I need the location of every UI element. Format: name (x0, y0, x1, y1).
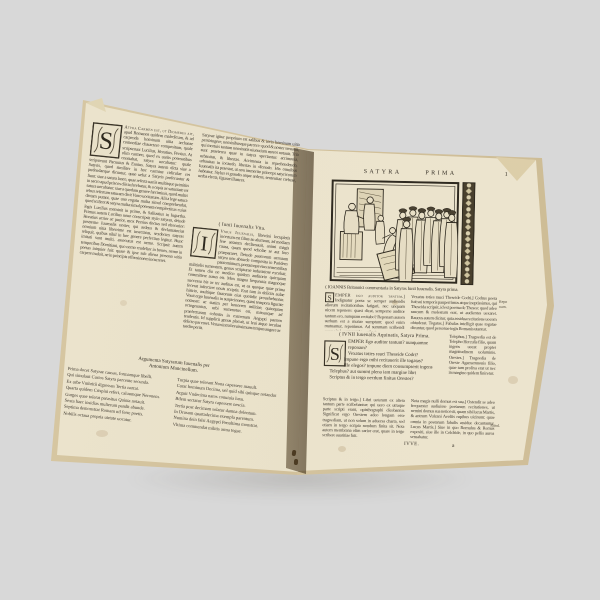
left-page-content: S Atyra Carmen est, ut Diomedes ait, apu… (62, 121, 302, 451)
ornament-border-strip (460, 182, 475, 285)
verse-section: ( IVNII Iuuenalis Aquinatis, Satyra Prim… (323, 331, 444, 397)
photo-of-open-antique-book: S Atyra Carmen est, ut Diomedes ait, apu… (0, 0, 600, 600)
woodcut-row (329, 179, 475, 285)
commentary-top: S EMPER ego auditor tantum.] Indignatur … (324, 292, 497, 334)
verse-line: Scriptus & in tergo necdum finitus Orest… (323, 375, 443, 384)
marginal-note-reponam: Repo nam. (499, 300, 507, 309)
woodcut-illustration (329, 179, 459, 284)
catchword: IVVE. (404, 442, 419, 447)
commentary-top-left-text: Indignatur poeta se semper audiendis ali… (324, 298, 405, 332)
small-initial-s: S (325, 292, 334, 302)
commentary-top-right: Vexatus toties rauci Theseide Codri.] Co… (410, 294, 497, 334)
running-head-satyra: SATYRA (364, 169, 402, 176)
left-column-1: S Atyra Carmen est, ut Diomedes ait, apu… (70, 121, 194, 354)
woodcut-caption: ( IOANNIS Britannici commentaria in Saty… (325, 284, 497, 293)
commentary-bottom: Scriptus & in tergo.] Libri ueterum ex a… (322, 396, 495, 442)
satire-opening-block: ( IVNII Iuuenalis Aquinatis, Satyra Prim… (323, 331, 496, 399)
vita-text-block: I Vnius Iuuenalis, libertini locupletis … (180, 226, 290, 359)
woodcut-initial-i: I (190, 227, 219, 259)
commentary-mid-right: Telephus.] Tragoedia est de Telepho Herc… (448, 334, 496, 399)
commentary-top-left: S EMPER ego auditor tantum.] Indignatur … (324, 292, 405, 332)
page-footer: IVVE. a (312, 440, 502, 454)
column-2-text: Satyrae igitur proprium est salibus & io… (194, 132, 300, 227)
folio-number: 1 (505, 172, 508, 178)
binding-stitch (294, 459, 298, 465)
drop-cap-i-block: I (190, 227, 219, 259)
drop-cap-s-block: S (89, 122, 122, 159)
left-page-columns: S Atyra Carmen est, ut Diomedes ait, apu… (70, 121, 302, 365)
svg-text:S: S (98, 127, 114, 155)
commentary-bottom-left: Scriptus & in tergo.] Libri ueterum ex a… (322, 396, 405, 440)
satire-heading: ( IVNII Iuuenalis Aquinatis, Satyra Prim… (324, 331, 444, 340)
svg-text:S: S (330, 344, 340, 364)
woodcut-initial-s: S (89, 122, 122, 159)
argumenta-column-1: Prima docet Satyrae causas, formamque li… (63, 366, 168, 427)
running-head-prima: PRIMA (425, 170, 456, 177)
commentary-bottom-right: Nota magis nulli domus est sua.] Ostendi… (410, 398, 495, 442)
running-head: SATYRA PRIMA 1 (332, 168, 508, 178)
signature-mark: a (452, 443, 455, 449)
marginal-note-rutul: Rutul. (490, 424, 500, 429)
right-page-content: SATYRA PRIMA 1 (312, 158, 520, 462)
argumenta-column-2: Turpia quae tolerant Nona capessere mauu… (172, 377, 277, 438)
verse-text: S EMPER Ego auditor tantum? nunquamne re… (323, 339, 444, 384)
left-column-2: Satyrae igitur proprium est salibus & io… (180, 132, 300, 365)
